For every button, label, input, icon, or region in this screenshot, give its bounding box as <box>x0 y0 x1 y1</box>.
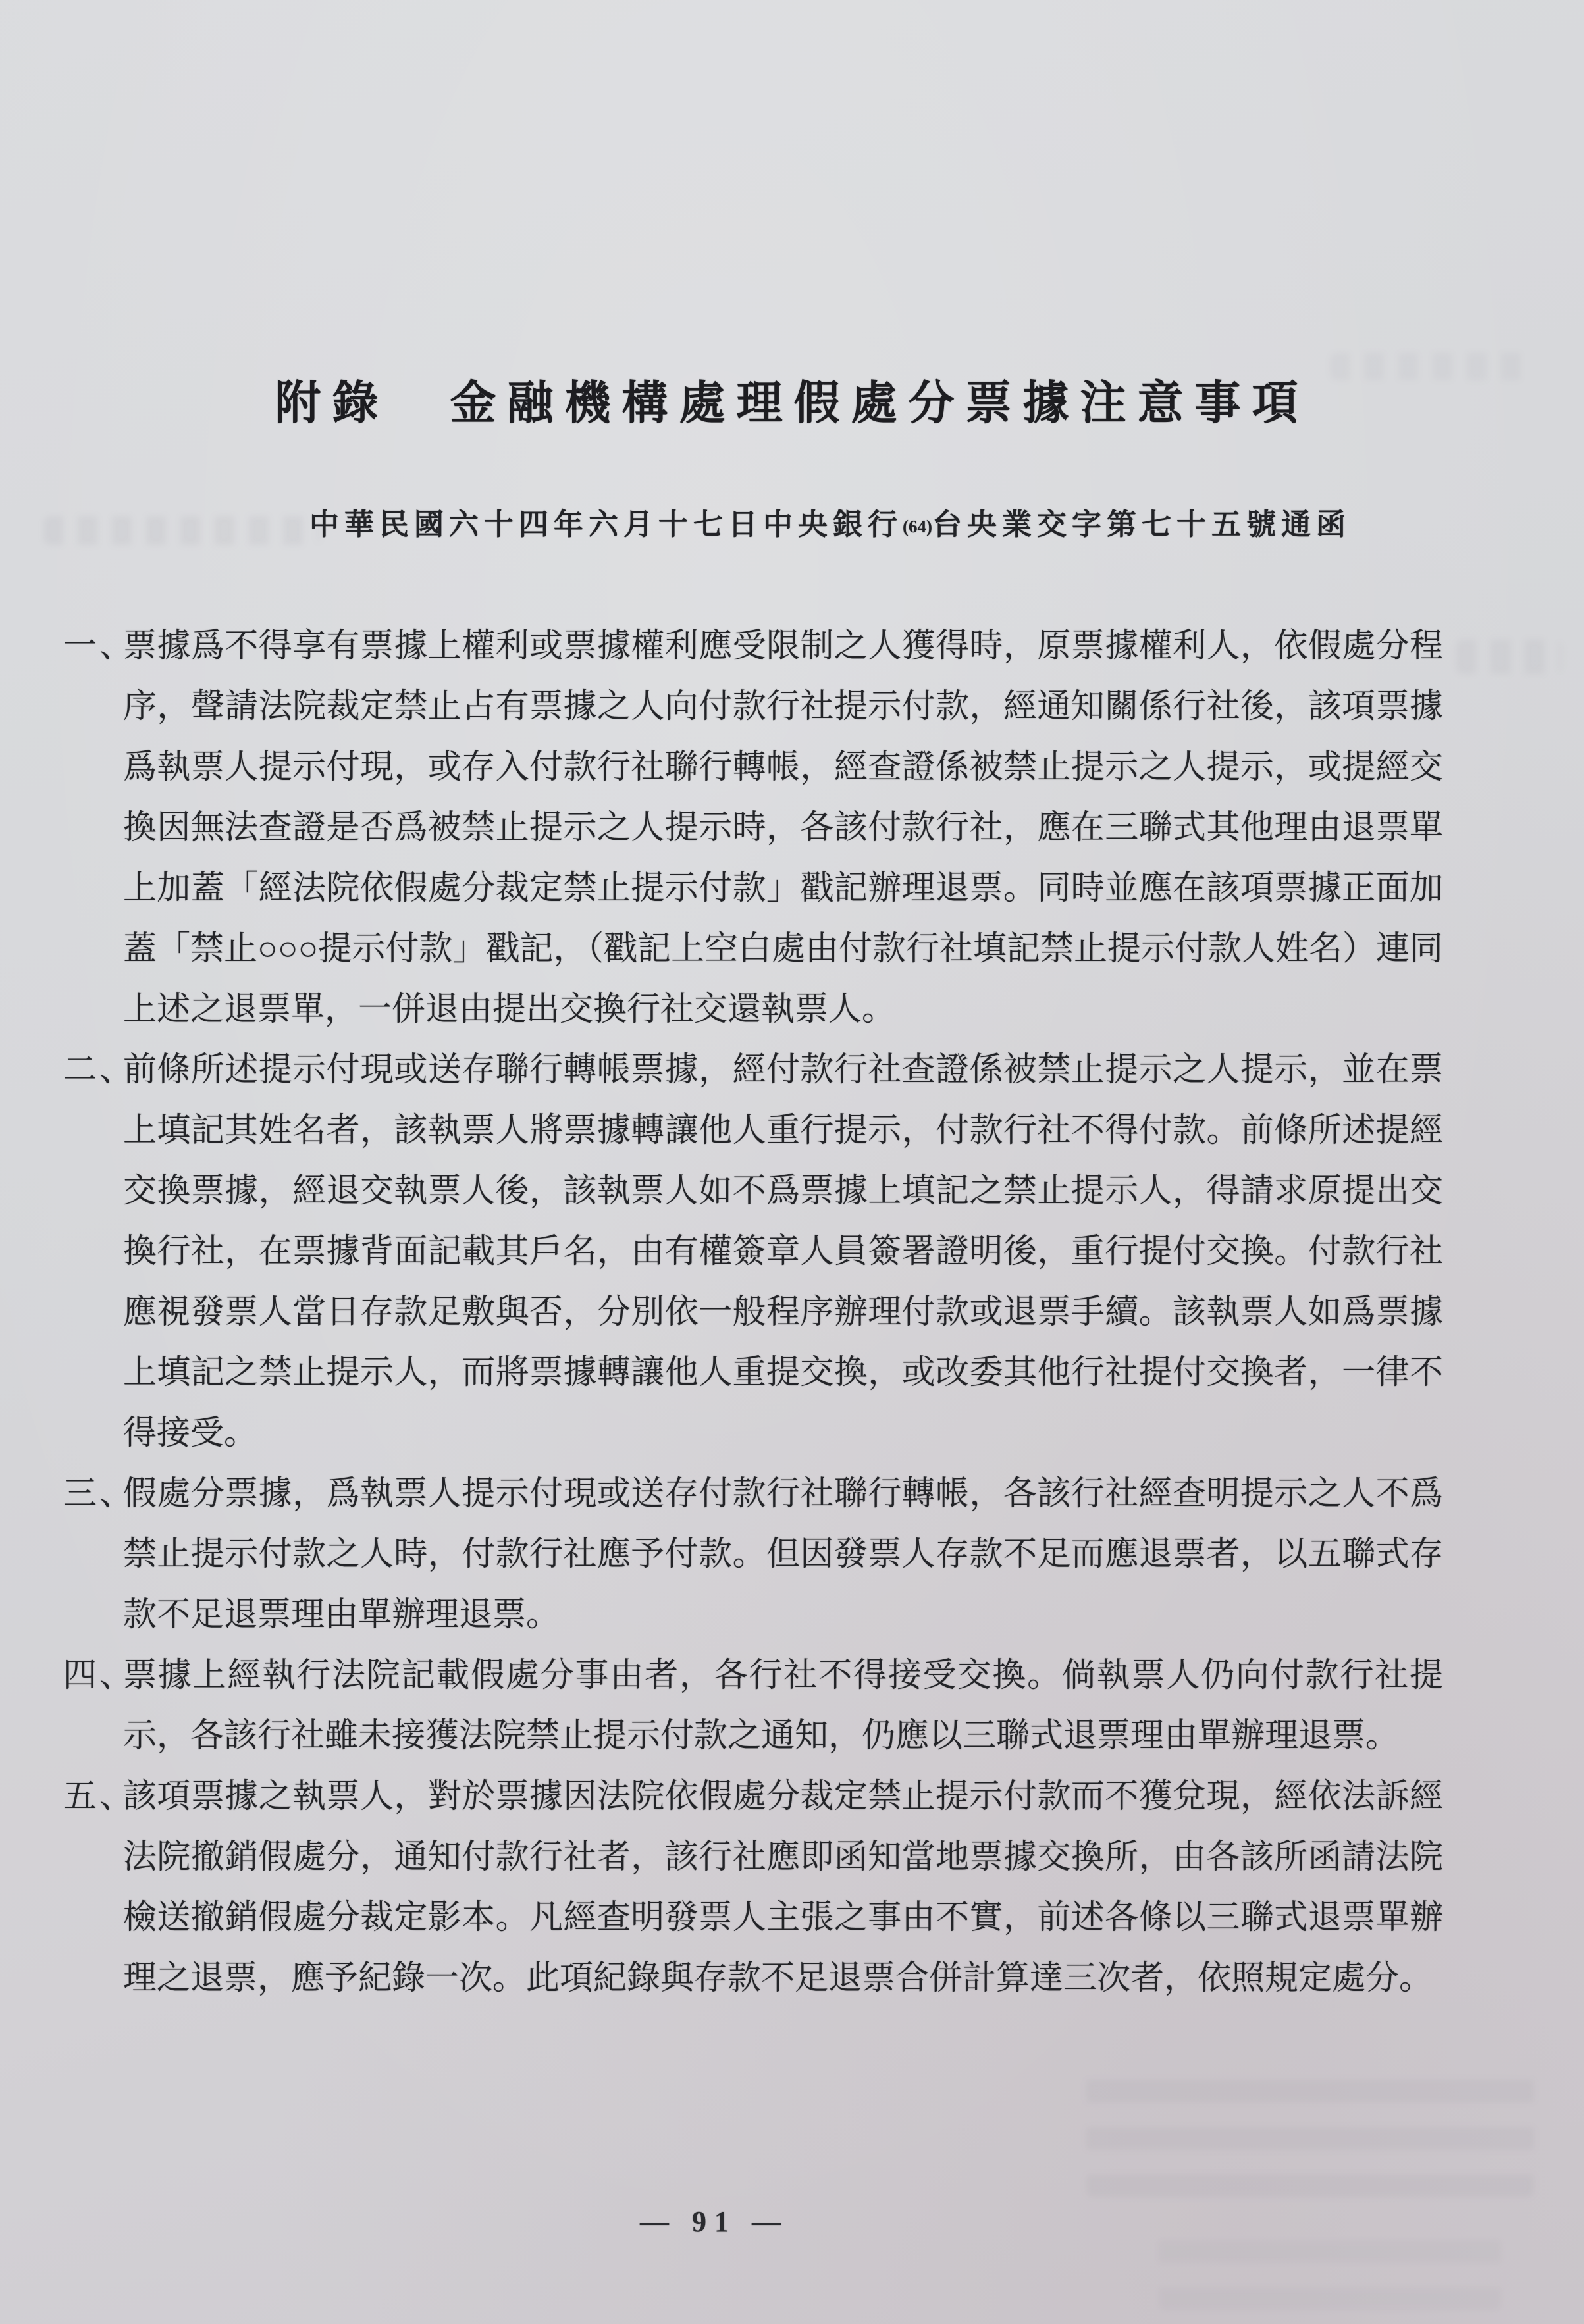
clause-text: 該項票據之執票人，對於票據因法院依假處分裁定禁止提示付款而不獲兌現，經依法訴經法… <box>123 1778 1443 1997</box>
page-number: — 91 — <box>0 2205 1506 2238</box>
title-main: 金融機構處理假處分票據注意事項 <box>450 378 1309 429</box>
clause-item-4: 四、 票據上經執行法院記載假處分事由者，各行社不得接受交換。倘執票人仍向付款行社… <box>63 1645 1443 1767</box>
clause-item-2: 二、 前條所述提示付現或送存聯行轉帳票據，經付款行社查證係被禁止提示之人提示，並… <box>63 1040 1443 1464</box>
subtitle-document-number: 台央業交字第七十五號通函 <box>932 508 1351 541</box>
clause-text: 假處分票據，爲執票人提示付現或送存付款行社聯行轉帳，各該行社經查明提示之人不爲禁… <box>123 1476 1443 1634</box>
bleed-through-smudge <box>1456 640 1562 674</box>
circled-year-64: (64) <box>903 517 932 536</box>
clause-number: 二、 <box>63 1040 136 1100</box>
bleed-through-smudge <box>1159 2238 1501 2310</box>
clause-number: 三、 <box>63 1464 136 1524</box>
clause-number: 一、 <box>63 616 136 677</box>
bleed-through-smudge <box>1086 2059 1534 2197</box>
clause-text: 票據上經執行法院記載假處分事由者，各行社不得接受交換。倘執票人仍向付款行社提示，… <box>123 1657 1443 1755</box>
clause-number: 五、 <box>63 1767 136 1827</box>
page-title: 附錄金融機構處理假處分票據注意事項 <box>0 366 1584 432</box>
clause-item-1: 一、 票據爲不得享有票據上權利或票據權利應受限制之人獲得時，原票據權利人，依假處… <box>63 616 1443 1040</box>
subtitle-date-issuer: 中華民國六十四年六月十七日中央銀行 <box>309 508 903 541</box>
clause-item-5: 五、 該項票據之執票人，對於票據因法院依假處分裁定禁止提示付款而不獲兌現，經依法… <box>63 1767 1443 2009</box>
clause-item-3: 三、 假處分票據，爲執票人提示付現或送存付款行社聯行轉帳，各該行社經查明提示之人… <box>63 1464 1443 1645</box>
document-subtitle: 中華民國六十四年六月十七日中央銀行(64)台央業交字第七十五號通函 <box>38 500 1584 543</box>
clause-list: 一、 票據爲不得享有票據上權利或票據權利應受限制之人獲得時，原票據權利人，依假處… <box>63 616 1443 2009</box>
title-prefix: 附錄 <box>275 378 390 429</box>
clause-text: 票據爲不得享有票據上權利或票據權利應受限制之人獲得時，原票據權利人，依假處分程序… <box>123 628 1443 1028</box>
scanned-document-page: 附錄金融機構處理假處分票據注意事項 中華民國六十四年六月十七日中央銀行(64)台… <box>0 0 1584 2324</box>
clause-number: 四、 <box>63 1645 136 1706</box>
clause-text: 前條所述提示付現或送存聯行轉帳票據，經付款行社查證係被禁止提示之人提示，並在票上… <box>123 1052 1443 1452</box>
